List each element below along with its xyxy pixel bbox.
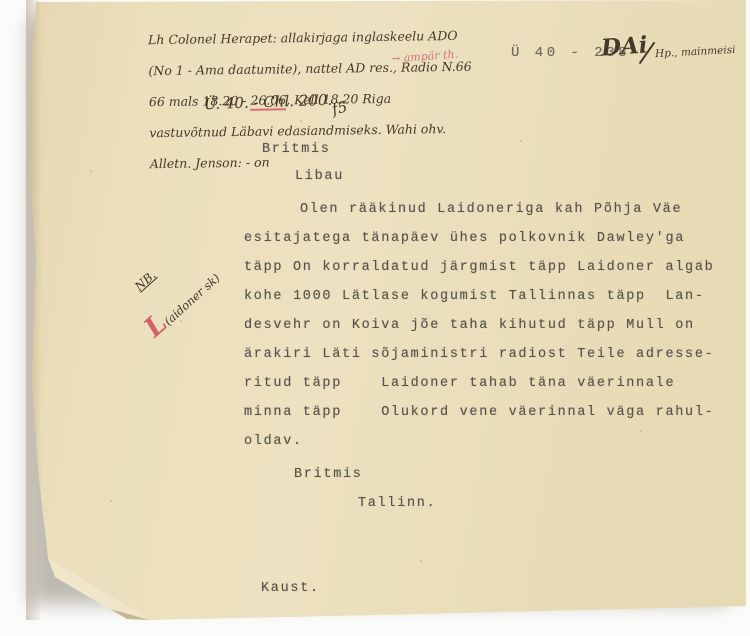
footer-note: Kaust. bbox=[261, 581, 320, 596]
body-line: ärakiri Läti sõjaministri radiost Teile … bbox=[244, 347, 714, 362]
reference-initials-handwritten: DAi bbox=[600, 31, 648, 61]
paper-speck bbox=[520, 140, 522, 142]
diagonal-annotation-mark: NB. bbox=[132, 237, 192, 293]
body-line: desvehr on Koiva jõe taha kihutud täpp M… bbox=[244, 318, 695, 333]
scanned-telegram-page: Lh Colonel Herapet: allakirjaga inglaske… bbox=[0, 0, 750, 636]
recipient-line-2: Libau bbox=[295, 169, 344, 184]
paper-speck bbox=[640, 430, 642, 432]
paper-speck bbox=[90, 170, 92, 172]
handwriting-line-4: vastuvõtnud Läbavi edasiandmiseks. Wahi … bbox=[149, 121, 446, 140]
body-line: kohe 1000 Lätlase kogumist Tallinnas täp… bbox=[244, 289, 705, 304]
body-line: täpp On korraldatud järgmist täpp Laidon… bbox=[244, 260, 714, 275]
recipient-line-1: Britmis bbox=[262, 142, 331, 157]
paper-speck bbox=[110, 500, 112, 502]
body-line: Olen rääkinud Laidoneriga kah Põhja Väe bbox=[300, 202, 682, 217]
paper-torn-left-edge bbox=[26, 0, 42, 620]
signature: Britmis bbox=[294, 467, 363, 482]
body-line: ritud täpp Laidoner tahab täna väerinnal… bbox=[244, 376, 675, 391]
handwriting-line-1: Lh Colonel Herapet: allakirjaga inglaske… bbox=[148, 27, 458, 46]
paper-speck bbox=[420, 560, 422, 562]
body-line: minna täpp Olukord vene väerinnal väga r… bbox=[244, 405, 714, 420]
body-line: esitajatega tänapäev ühes polkovnik Dawl… bbox=[244, 231, 685, 246]
handwriting-line-5: Alletn. Jenson: - on bbox=[150, 154, 270, 171]
location-line: Tallinn. bbox=[358, 496, 436, 511]
body-line: oldav. bbox=[244, 434, 303, 449]
